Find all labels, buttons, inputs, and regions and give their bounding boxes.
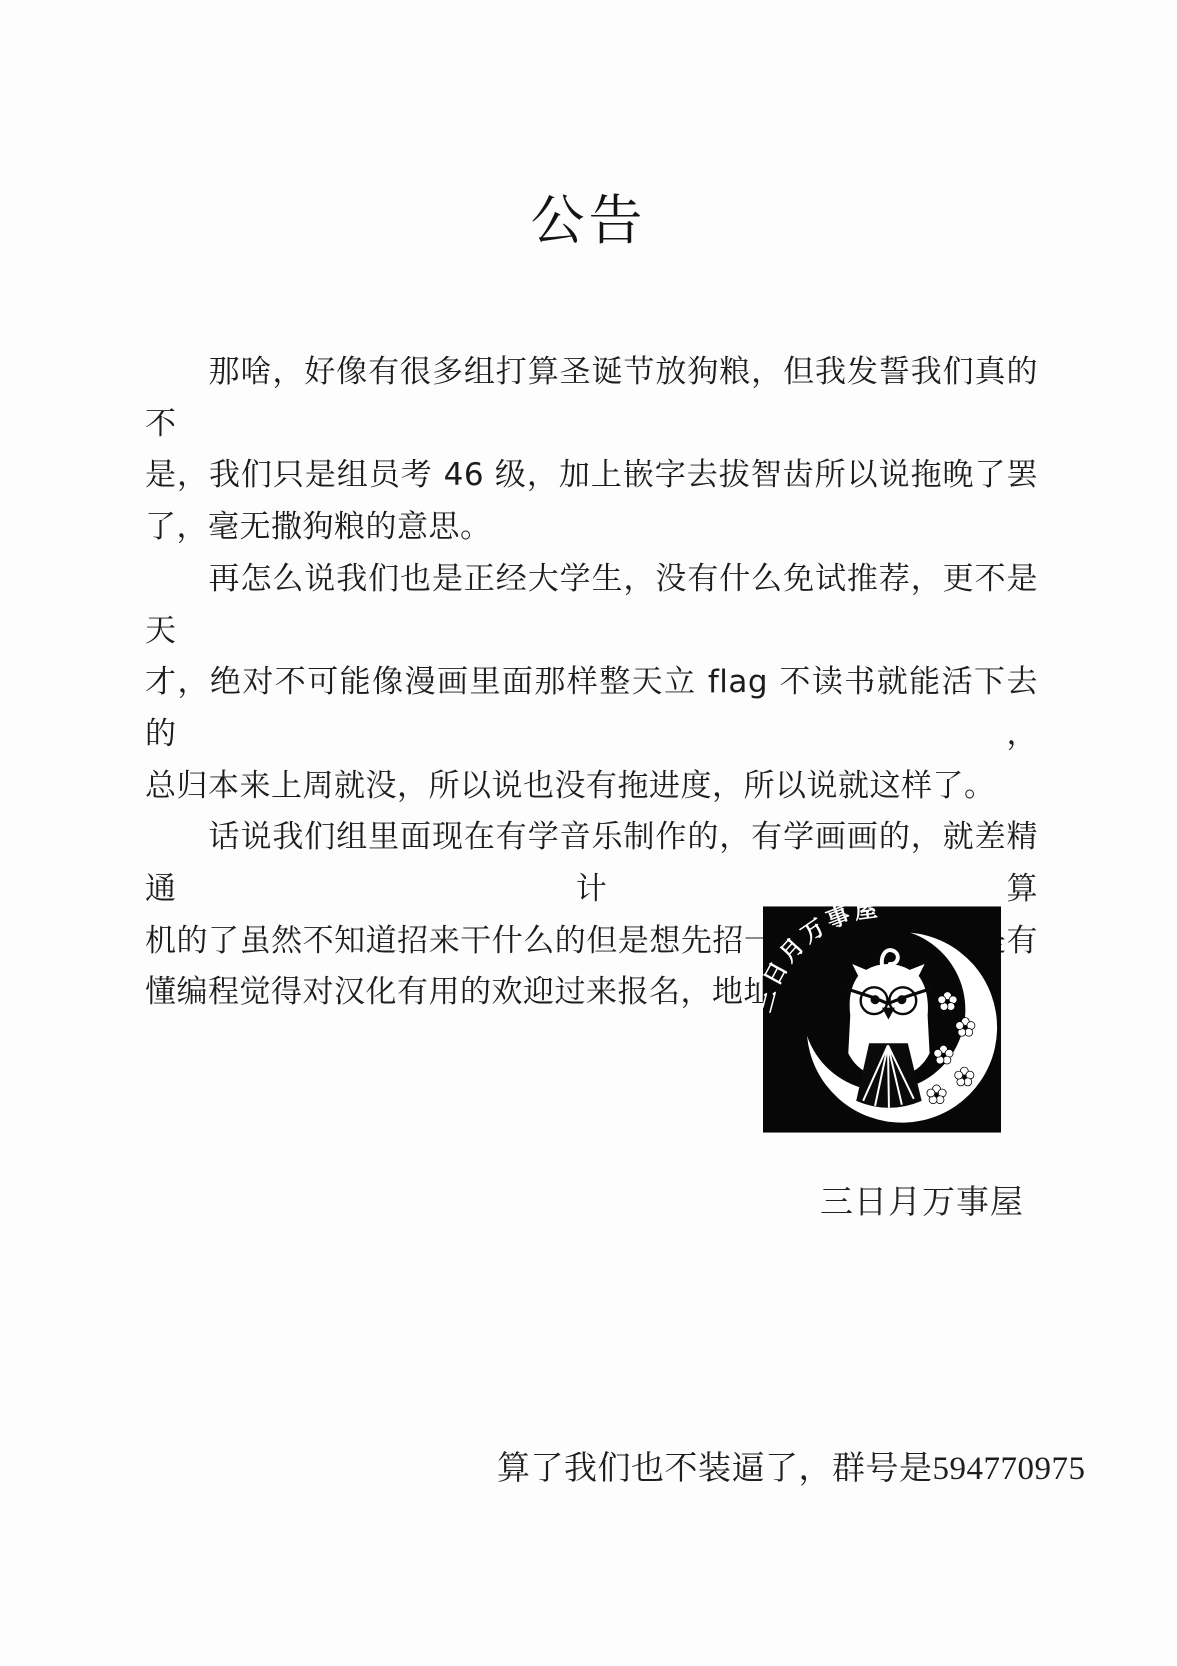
logo-caption: 三日月万事屋 xyxy=(820,1176,1024,1223)
announcement-page: 公告 那啥，好像有很多组打算圣诞节放狗粮，但我发誓我们真的不 是，我们只是组员考… xyxy=(0,0,1177,1666)
text-line: 了，毫无撒狗粮的意思。 xyxy=(145,502,1038,554)
footer-text: 算了我们也不装逼了，群号是594770975 xyxy=(497,1442,1086,1489)
text-line: 那啥，好像有很多组打算圣诞节放狗粮，但我发誓我们真的不 xyxy=(145,347,1038,450)
text-line: 是，我们只是组员考 46 级，加上嵌字去拔智齿所以说拖晚了罢 xyxy=(145,450,1038,502)
page-title: 公告 xyxy=(0,178,1177,255)
text-line: 再怎么说我们也是正经大学生，没有什么免试推荐，更不是天 xyxy=(145,554,1038,657)
text-line: 话说我们组里面现在有学音乐制作的，有学画画的，就差精通计算 xyxy=(145,812,1038,915)
text-line: 总归本来上周就没，所以说也没有拖进度，所以说就这样了。 xyxy=(145,761,1038,813)
group-logo: 三日月万事屋 xyxy=(763,906,1001,1133)
text-line: 才，绝对不可能像漫画里面那样整天立 flag 不读书就能活下去的， xyxy=(145,657,1038,760)
